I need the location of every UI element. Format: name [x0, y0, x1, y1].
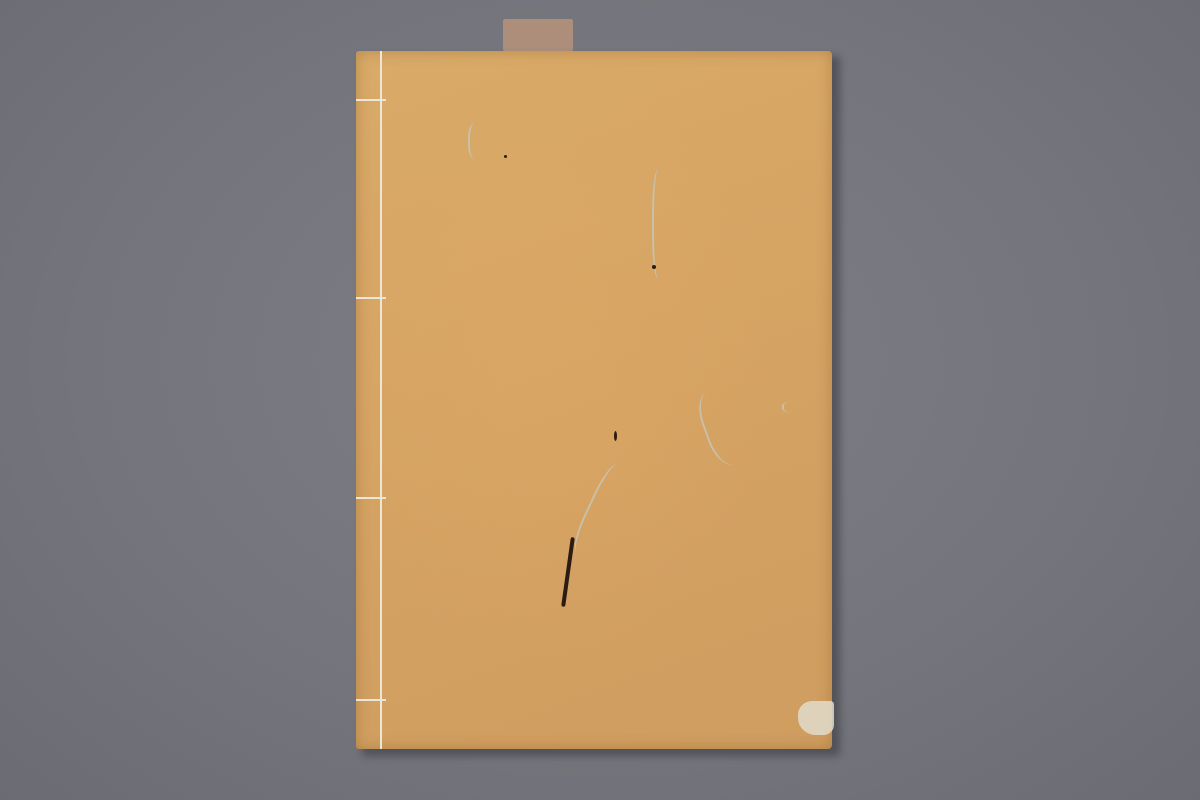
wormhole: [561, 537, 575, 607]
wormhole-track: [782, 401, 810, 413]
label-tab: [503, 19, 573, 51]
wormhole: [504, 155, 507, 158]
stitch: [356, 699, 386, 701]
wormhole-track: [692, 382, 758, 470]
stitch: [356, 497, 386, 499]
wormhole-track: [468, 123, 484, 159]
wormhole: [652, 265, 656, 269]
stitch: [356, 99, 386, 101]
worn-corner: [798, 701, 834, 735]
wormhole-track: [569, 461, 630, 557]
wormhole-track: [652, 169, 668, 279]
spine-thread: [380, 51, 382, 749]
stitch: [356, 297, 386, 299]
wormhole: [614, 431, 617, 441]
book-cover: [356, 51, 832, 749]
